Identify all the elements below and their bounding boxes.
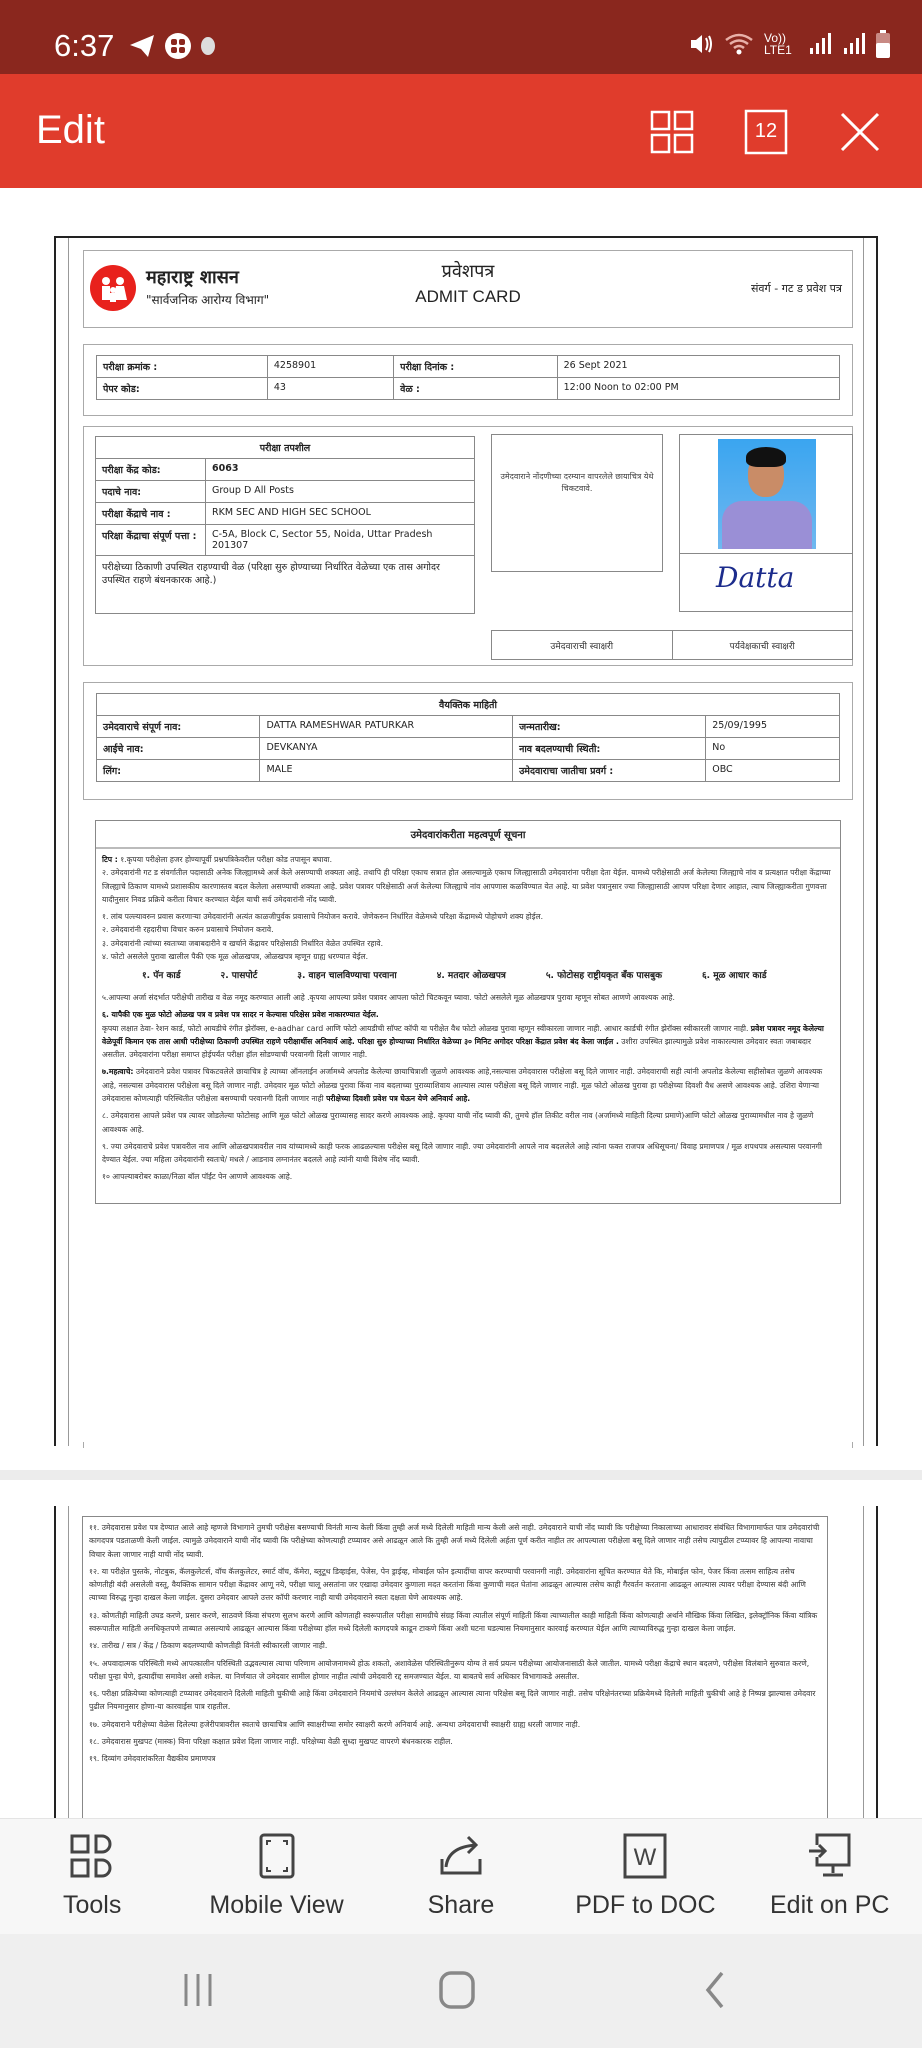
exam-number-value: 4258901	[267, 356, 393, 378]
category-value: OBC	[706, 760, 840, 782]
instruction-point: ५.आपल्या अर्जा संदर्भात परीक्षेची तारीख …	[102, 991, 834, 1004]
category-label: उमेदवाराचा जातीचा प्रवर्ग :	[513, 760, 706, 782]
personal-info-table: वैयक्तिक माहिती उमेदवाराचे संपूर्ण नाव: …	[96, 693, 840, 782]
mobile-view-label: Mobile View	[209, 1891, 343, 1920]
instruction-point: ४. फोटो असलेले पुरावा खालील पैकी एक मूळ …	[102, 950, 834, 963]
id-proof-list: १. पॅन कार्ड २. पासपोर्ट ३. वाहन चालविण्…	[102, 963, 834, 991]
table-row: पेपर कोड: 43 वेळ : 12:00 Noon to 02:00 P…	[97, 378, 840, 400]
exam-info-section: परीक्षा क्रमांक : 4258901 परीक्षा दिनांक…	[83, 344, 853, 416]
exam-info-table: परीक्षा क्रमांक : 4258901 परीक्षा दिनांक…	[96, 355, 840, 400]
id-proof-item: ६. मूळ आधार कार्ड	[702, 969, 767, 985]
center-address-value: C-5A, Block C, Sector 55, Noida, Uttar P…	[206, 525, 475, 556]
instruction-point: १७. उमेदवाराने परीक्षेच्या वेळेस दिलेल्य…	[89, 1718, 821, 1731]
signal-icon	[842, 32, 866, 56]
edit-on-pc-icon	[807, 1833, 853, 1879]
instruction-point: १. लांब पल्ल्यावरुन प्रवास करणाऱ्या उमेद…	[102, 910, 834, 923]
id-proof-item: १. पॅन कार्ड	[142, 969, 181, 985]
share-icon	[438, 1833, 484, 1879]
personal-info-heading: वैयक्तिक माहिती	[97, 694, 840, 716]
time-value: 12:00 Noon to 02:00 PM	[557, 378, 839, 400]
app-title: Edit	[36, 108, 105, 153]
supervisor-signature-label: पर्यवेक्षकाची स्वाक्षरी	[673, 631, 853, 659]
id-proof-item: ३. वाहन चालविण्याचा परवाना	[297, 969, 396, 985]
cadre-label: संवर्ग - गट ड प्रवेश पत्र	[751, 281, 842, 296]
close-button[interactable]	[836, 108, 884, 156]
instruction-point-7-bold: परीक्षेच्या दिवशी प्रवेश पत्र घेऊन येणे …	[326, 1094, 470, 1103]
tip-2: २. उमेदवारांनी गट ड संवर्गातील पदासाठी अ…	[102, 866, 834, 906]
home-button[interactable]	[437, 1970, 477, 2015]
instruction-point: १६. परीक्षा प्रक्रियेच्या कोणत्याही टप्प…	[89, 1687, 821, 1714]
app-bar: Edit 12	[0, 74, 922, 188]
paper-code-label: पेपर कोड:	[97, 378, 268, 400]
instruction-point: १४. तारीख / सत्र / केंद्र / ठिकाण बदलण्य…	[89, 1639, 821, 1652]
instruction-point: ३. उमेदवारांनी त्यांच्या स्वतःच्या जबाबद…	[102, 937, 834, 950]
table-row: परीक्षा केंद्र कोड:6063	[96, 459, 475, 481]
document-viewer[interactable]: महाराष्ट्र शासन "सार्वजनिक आरोग्य विभाग"…	[0, 188, 922, 1818]
pdf-to-doc-button[interactable]: W PDF to DOC	[560, 1833, 730, 1920]
id-proof-item: २. पासपोर्ट	[221, 969, 258, 985]
instruction-point-6-body: कृपया लक्षात ठेवा- रेशन कार्ड, फोटो आयडी…	[102, 1024, 748, 1033]
post-name-label: पदाचे नाव:	[96, 481, 206, 503]
exam-details-heading: परीक्षा तपशील	[96, 437, 475, 459]
pdf-page-1: महाराष्ट्र शासन "सार्वजनिक आरोग्य विभाग"…	[54, 236, 878, 1446]
tools-icon	[69, 1833, 115, 1879]
battery-icon	[876, 30, 890, 58]
post-name-value: Group D All Posts	[206, 481, 475, 503]
instruction-point: ८. उमेदवारास आपले प्रवेश पत्र त्यावर जोड…	[102, 1109, 834, 1136]
telegram-icon	[128, 33, 156, 59]
grid-view-icon	[650, 110, 694, 154]
table-row: लिंग: MALE उमेदवाराचा जातीचा प्रवर्ग : O…	[97, 760, 840, 782]
instruction-point: २. उमेदवारांनी रहदारीचा विचार करुन प्रवा…	[102, 923, 834, 936]
recent-apps-icon	[178, 1970, 218, 2010]
instruction-point: ११. उमेदवारास प्रवेश पत्र देण्यात आले आह…	[89, 1521, 821, 1561]
table-row: उमेदवाराचे संपूर्ण नाव: DATTA RAMESHWAR …	[97, 716, 840, 738]
center-address-label: परिक्षा केंद्राचा संपूर्ण पत्ता :	[96, 525, 206, 556]
center-name-label: परीक्षा केंद्राचे नाव :	[96, 503, 206, 525]
volte-label: Vo)) LTE1	[764, 32, 798, 56]
candidate-signature-label: उमेदवाराची स्वाक्षरी	[492, 631, 673, 659]
title-marathi: प्रवेशपत्र	[84, 259, 852, 283]
mother-name-label: आईचे नाव:	[97, 738, 260, 760]
pdf-page-2: ११. उमेदवारास प्रवेश पत्र देण्यात आले आह…	[54, 1506, 878, 1818]
exam-number-label: परीक्षा क्रमांक :	[97, 356, 268, 378]
signature-labels: उमेदवाराची स्वाक्षरी पर्यवेक्षकाची स्वाक…	[491, 630, 853, 660]
mother-name-value: DEVKANYA	[260, 738, 513, 760]
word-icon: W	[622, 1833, 668, 1879]
admit-card-header: महाराष्ट्र शासन "सार्वजनिक आरोग्य विभाग"…	[83, 250, 853, 328]
center-code-value: 6063	[206, 459, 475, 481]
instructions-heading: उमेदवारांकरीता महत्वपूर्ण सूचना	[96, 821, 840, 849]
page-separator	[0, 1470, 922, 1480]
id-proof-item: ५. फोटोसह राष्ट्रीयकृत बँक पासबुक	[546, 969, 662, 985]
grid-view-button[interactable]	[648, 108, 696, 156]
instruction-point: १० आपल्याबरोबर काळा/निळा बॉल पॉईंट पेन आ…	[102, 1170, 834, 1183]
bottom-toolbar: Tools Mobile View Share W PDF to DOC Edi…	[0, 1818, 922, 1934]
instruction-point-7-label: ७.महत्वाचे:	[102, 1067, 133, 1076]
center-code-label: परीक्षा केंद्र कोड:	[96, 459, 206, 481]
candidate-photo-box: Datta	[679, 434, 853, 612]
candidate-signature: Datta	[716, 561, 794, 594]
mute-icon	[688, 31, 714, 57]
table-row: परीक्षा क्रमांक : 4258901 परीक्षा दिनांक…	[97, 356, 840, 378]
recent-apps-button[interactable]	[178, 1970, 218, 2015]
mobile-view-button[interactable]: Mobile View	[192, 1833, 362, 1920]
instruction-point: १९. दिव्यांग उमेदवारांकरिता वैद्यकीय प्र…	[89, 1752, 821, 1765]
tools-label: Tools	[63, 1891, 121, 1920]
system-nav-bar	[0, 1934, 922, 2048]
back-icon	[700, 1970, 730, 2010]
signal-icon	[808, 32, 832, 56]
instruction-point: १२. या परीक्षेत पुस्तके, नोटबुक, कॅलकुले…	[89, 1565, 821, 1605]
tip-label: टिप :	[102, 855, 118, 864]
exam-details-section: परीक्षा तपशील परीक्षा केंद्र कोड:6063 पद…	[95, 436, 485, 626]
edit-on-pc-button[interactable]: Edit on PC	[745, 1833, 915, 1920]
gender-value: MALE	[260, 760, 513, 782]
exam-date-value: 26 Sept 2021	[557, 356, 839, 378]
dob-label: जन्मतारीख:	[513, 716, 706, 738]
wifi-icon	[724, 31, 754, 57]
full-name-label: उमेदवाराचे संपूर्ण नाव:	[97, 716, 260, 738]
name-change-value: No	[706, 738, 840, 760]
instruction-point: १५. अपवादात्मक परिस्थिती मध्ये आपत्कालीन…	[89, 1657, 821, 1684]
share-button[interactable]: Share	[376, 1833, 546, 1920]
table-row: परिक्षा केंद्राचा संपूर्ण पत्ता :C-5A, B…	[96, 525, 475, 556]
notification-icon	[200, 36, 216, 56]
dob-value: 25/09/1995	[706, 716, 840, 738]
instruction-point-6-title: ६. यापैकी एक मुळ फोटो ओळख पत्र व प्रवेश …	[102, 1010, 379, 1019]
paper-code-value: 43	[267, 378, 393, 400]
id-proof-item: ४. मतदार ओळखपत्र	[437, 969, 506, 985]
name-change-label: नाव बदलण्याची स्थिती:	[513, 738, 706, 760]
tip-1: १.कृपया परीक्षेला हजर होण्यापूर्वी प्रश्…	[120, 855, 332, 864]
svg-text:W: W	[634, 1844, 657, 1871]
personal-info-section: वैयक्तिक माहिती उमेदवाराचे संपूर्ण नाव: …	[83, 682, 853, 800]
tools-button[interactable]: Tools	[7, 1833, 177, 1920]
time-label: वेळ :	[394, 378, 557, 400]
full-name-value: DATTA RAMESHWAR PATURKAR	[260, 716, 513, 738]
table-row: पदाचे नाव:Group D All Posts	[96, 481, 475, 503]
clock: 6:37	[54, 28, 114, 64]
status-bar: 6:37 Vo)) LTE1	[0, 0, 922, 74]
pdf-to-doc-label: PDF to DOC	[575, 1891, 715, 1920]
home-icon	[437, 1970, 477, 2010]
exam-details-table: परीक्षा तपशील परीक्षा केंद्र कोड:6063 पद…	[95, 436, 475, 614]
instructions-section: उमेदवारांकरीता महत्वपूर्ण सूचना टिप : १.…	[83, 812, 853, 1442]
close-icon	[838, 110, 882, 154]
instructions-continued: ११. उमेदवारास प्रवेश पत्र देण्यात आले आह…	[82, 1516, 828, 1818]
share-label: Share	[428, 1891, 495, 1920]
page-count: 12	[742, 120, 790, 143]
instruction-point: १८. उमेदवारास मुखपट (मास्क) विना परिक्षा…	[89, 1735, 821, 1748]
center-name-value: RKM SEC AND HIGH SEC SCHOOL	[206, 503, 475, 525]
exam-date-label: परीक्षा दिनांक :	[394, 356, 557, 378]
edit-on-pc-label: Edit on PC	[770, 1891, 890, 1920]
candidate-photo	[718, 439, 816, 549]
reporting-time-note: परीक्षेच्या ठिकाणी उपस्थित राहण्याची वेळ…	[96, 556, 475, 614]
instruction-point: १३. कोणतीही माहिती उघड करणे, प्रसार करणे…	[89, 1609, 821, 1636]
back-button[interactable]	[700, 1970, 730, 2015]
app-icon	[164, 32, 192, 60]
page-count-button[interactable]: 12	[742, 108, 790, 156]
mobile-view-icon	[259, 1833, 295, 1879]
gender-label: लिंग:	[97, 760, 260, 782]
table-row: आईचे नाव: DEVKANYA नाव बदलण्याची स्थिती:…	[97, 738, 840, 760]
photo-paste-hint: उमेदवाराने नोंदणीच्या दरम्यान वापरलेले छ…	[491, 434, 663, 572]
table-row: परीक्षा केंद्राचे नाव :RKM SEC AND HIGH …	[96, 503, 475, 525]
title-english: ADMIT CARD	[84, 287, 852, 307]
instruction-point: ९. ज्या उमेदवाराचे प्रवेश पत्रावरील नाव …	[102, 1140, 834, 1167]
